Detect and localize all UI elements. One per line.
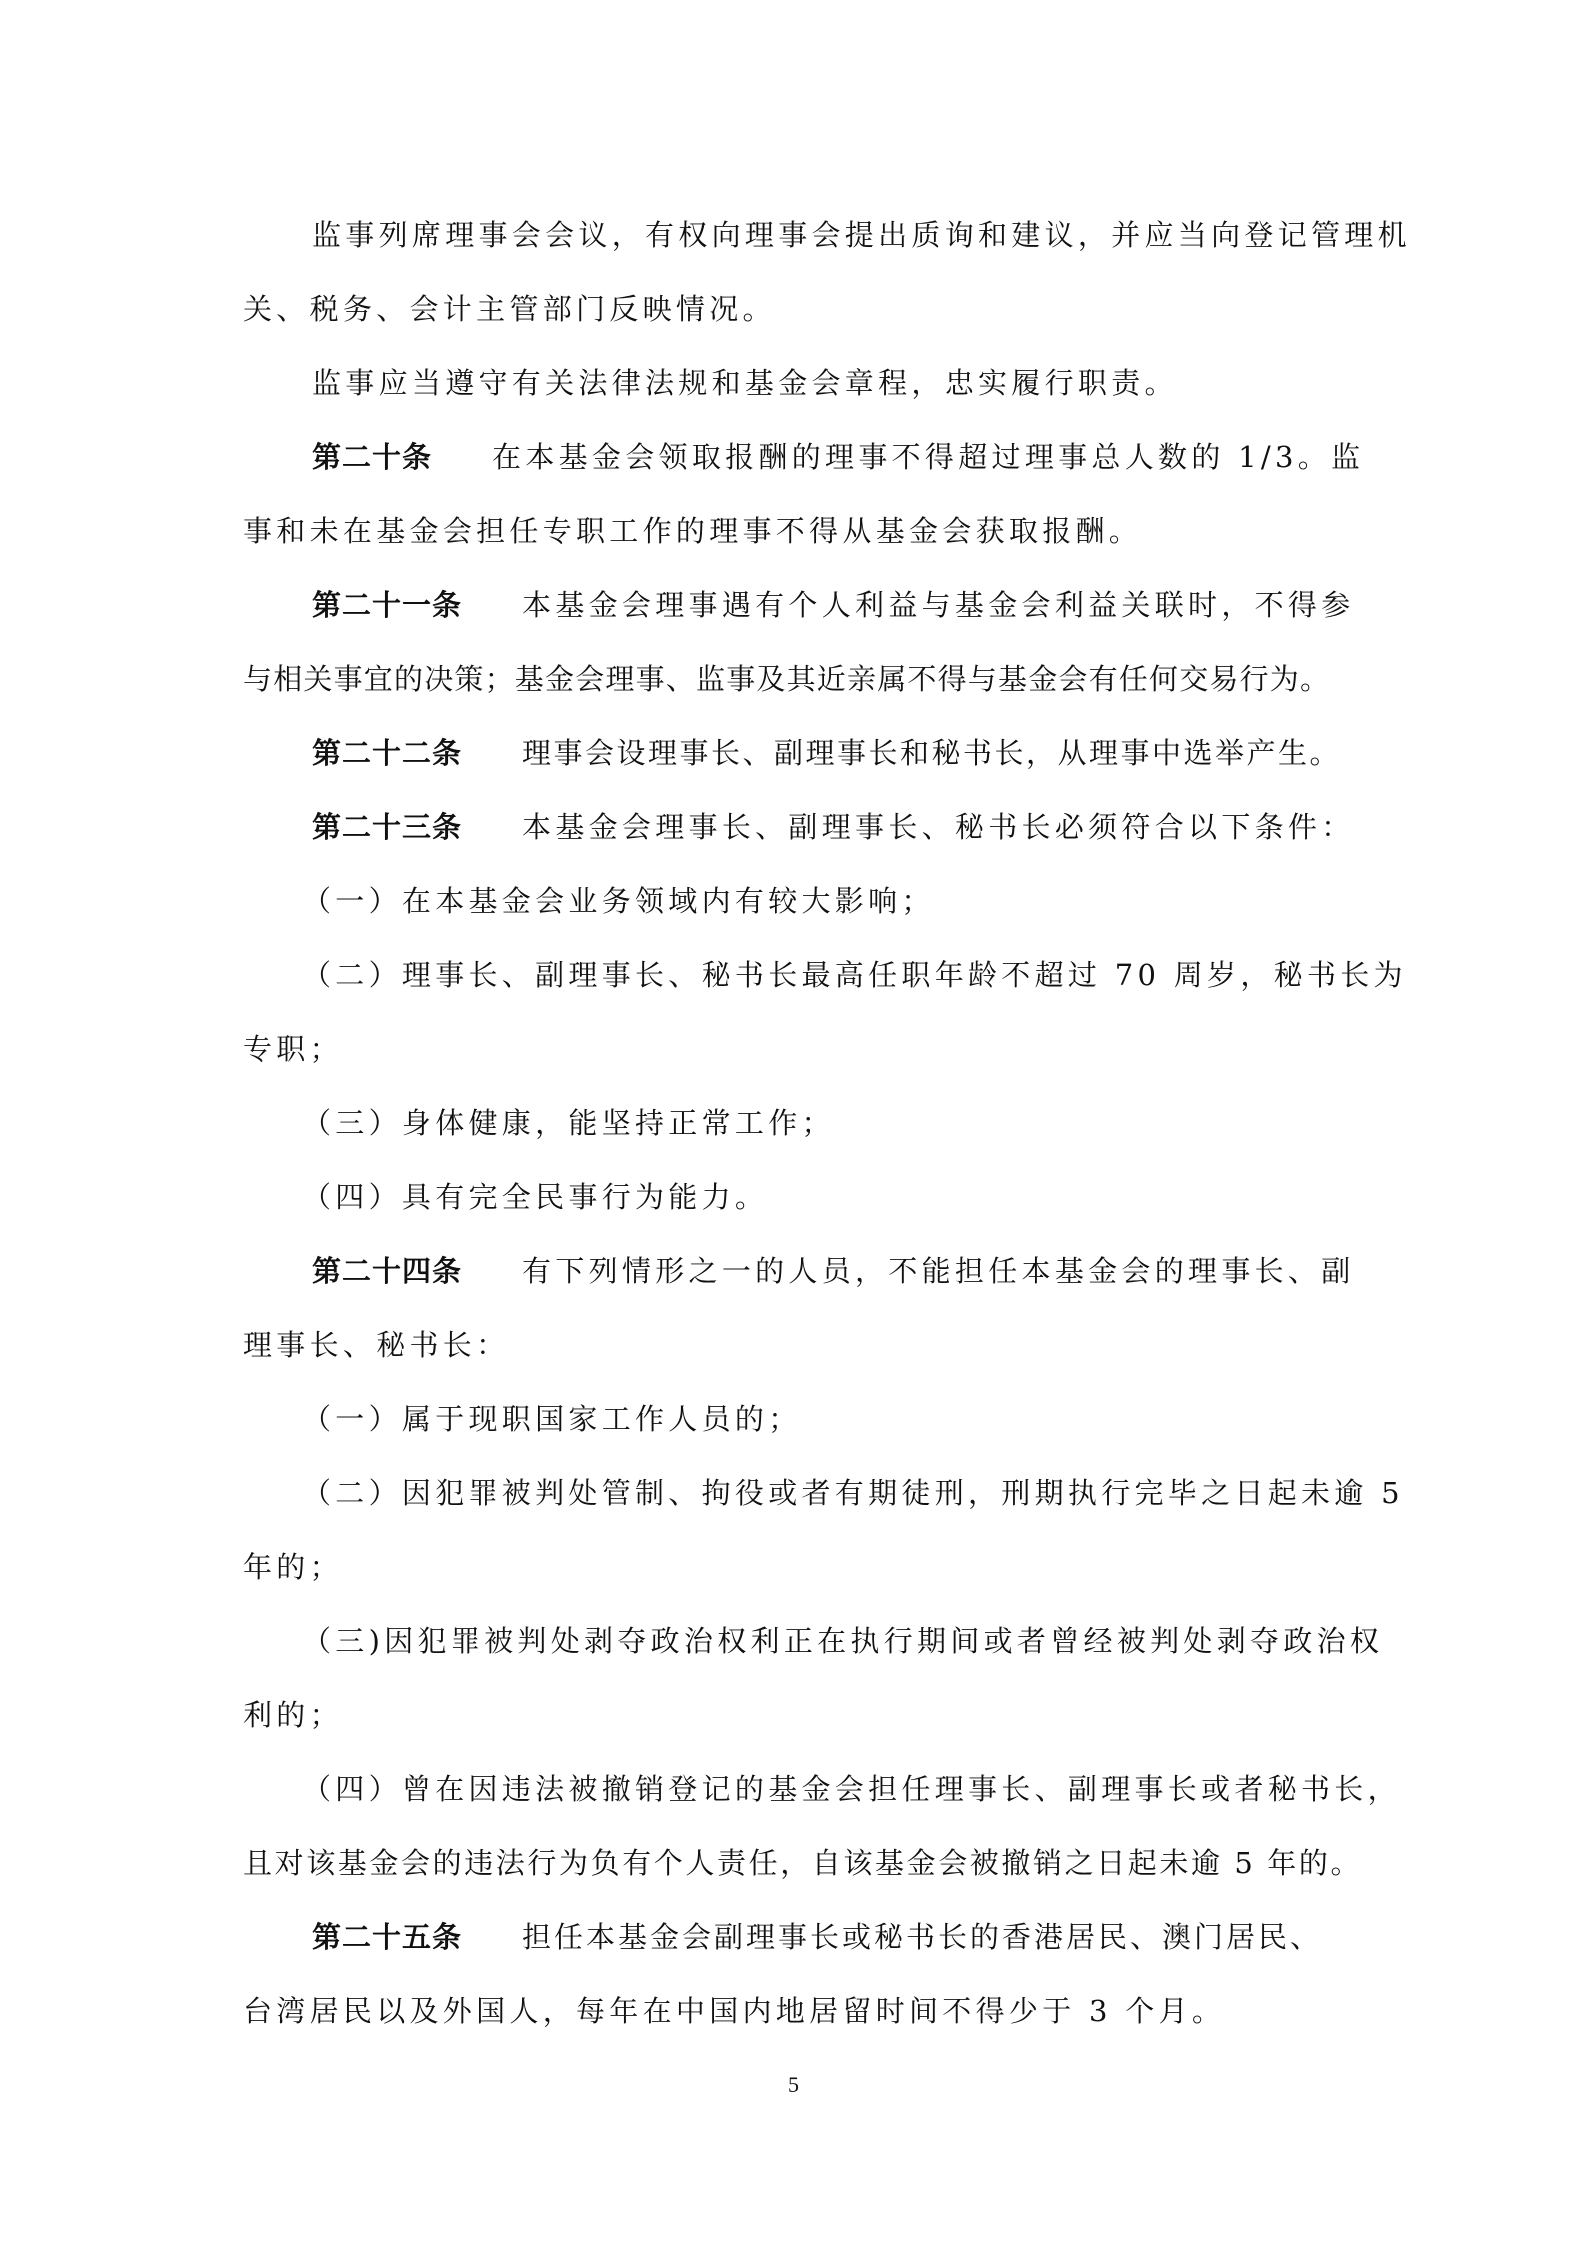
paragraph-line: 专职； bbox=[243, 1029, 1353, 1069]
page-number: 5 bbox=[0, 2072, 1587, 2098]
paragraph-line: 理事长、秘书长： bbox=[243, 1325, 1353, 1365]
article-20-line: 第二十条在本基金会领取报酬的理事不得超过理事总人数的 1/3。监 bbox=[312, 437, 1422, 477]
article-label: 第二十五条 bbox=[312, 1917, 462, 1957]
article-label: 第二十二条 bbox=[312, 733, 462, 773]
paragraph-line: 年的； bbox=[243, 1547, 1353, 1587]
list-item: （二）理事长、副理事长、秘书长最高任职年龄不超过 70 周岁，秘书长为 bbox=[302, 955, 1412, 995]
list-item: （四）曾在因违法被撤销登记的基金会担任理事长、副理事长或者秘书长， bbox=[302, 1769, 1412, 1809]
article-text: 理事会设理事长、副理事长和秘书长，从理事中选举产生。 bbox=[522, 736, 1341, 770]
list-item: （三)因犯罪被判处剥夺政治权利正在执行期间或者曾经被判处剥夺政治权 bbox=[302, 1621, 1412, 1661]
article-label: 第二十四条 bbox=[312, 1251, 462, 1291]
article-text: 有下列情形之一的人员，不能担任本基金会的理事长、副 bbox=[522, 1254, 1355, 1288]
paragraph-line: 与相关事宜的决策；基金会理事、监事及其近亲属不得与基金会有任何交易行为。 bbox=[243, 659, 1353, 699]
paragraph-line: 监事应当遵守有关法律法规和基金会章程，忠实履行职责。 bbox=[312, 363, 1422, 403]
article-text: 本基金会理事长、副理事长、秘书长必须符合以下条件： bbox=[522, 810, 1355, 844]
paragraph-line: 且对该基金会的违法行为负有个人责任，自该基金会被撤销之日起未逾 5 年的。 bbox=[243, 1843, 1353, 1883]
article-label: 第二十条 bbox=[312, 437, 432, 477]
paragraph-line: 利的； bbox=[243, 1695, 1353, 1735]
list-item: （四）具有完全民事行为能力。 bbox=[302, 1177, 1412, 1217]
article-text: 担任本基金会副理事长或秘书长的香港居民、澳门居民、 bbox=[522, 1920, 1322, 1954]
article-text: 本基金会理事遇有个人利益与基金会利益关联时，不得参 bbox=[522, 588, 1355, 622]
document-page: 监事列席理事会会议，有权向理事会提出质询和建议，并应当向登记管理机 关、税务、会… bbox=[0, 0, 1587, 2245]
article-label: 第二十三条 bbox=[312, 807, 462, 847]
article-21-line: 第二十一条本基金会理事遇有个人利益与基金会利益关联时，不得参 bbox=[312, 585, 1422, 625]
article-24-line: 第二十四条有下列情形之一的人员，不能担任本基金会的理事长、副 bbox=[312, 1251, 1422, 1291]
paragraph-line: 台湾居民以及外国人，每年在中国内地居留时间不得少于 3 个月。 bbox=[243, 1991, 1353, 2031]
list-item: （一）在本基金会业务领域内有较大影响； bbox=[302, 881, 1412, 921]
article-25-line: 第二十五条担任本基金会副理事长或秘书长的香港居民、澳门居民、 bbox=[312, 1917, 1422, 1957]
paragraph-line: 监事列席理事会会议，有权向理事会提出质询和建议，并应当向登记管理机 bbox=[312, 215, 1422, 255]
article-23-line: 第二十三条本基金会理事长、副理事长、秘书长必须符合以下条件： bbox=[312, 807, 1422, 847]
list-item: （三）身体健康，能坚持正常工作； bbox=[302, 1103, 1412, 1143]
paragraph-line: 关、税务、会计主管部门反映情况。 bbox=[243, 289, 1353, 329]
list-item: （一）属于现职国家工作人员的； bbox=[302, 1399, 1412, 1439]
paragraph-line: 事和未在基金会担任专职工作的理事不得从基金会获取报酬。 bbox=[243, 511, 1353, 551]
article-22-line: 第二十二条理事会设理事长、副理事长和秘书长，从理事中选举产生。 bbox=[312, 733, 1422, 773]
list-item: （二）因犯罪被判处管制、拘役或者有期徒刑，刑期执行完毕之日起未逾 5 bbox=[302, 1473, 1412, 1513]
article-text: 在本基金会领取报酬的理事不得超过理事总人数的 1/3。监 bbox=[492, 440, 1364, 474]
article-label: 第二十一条 bbox=[312, 585, 462, 625]
